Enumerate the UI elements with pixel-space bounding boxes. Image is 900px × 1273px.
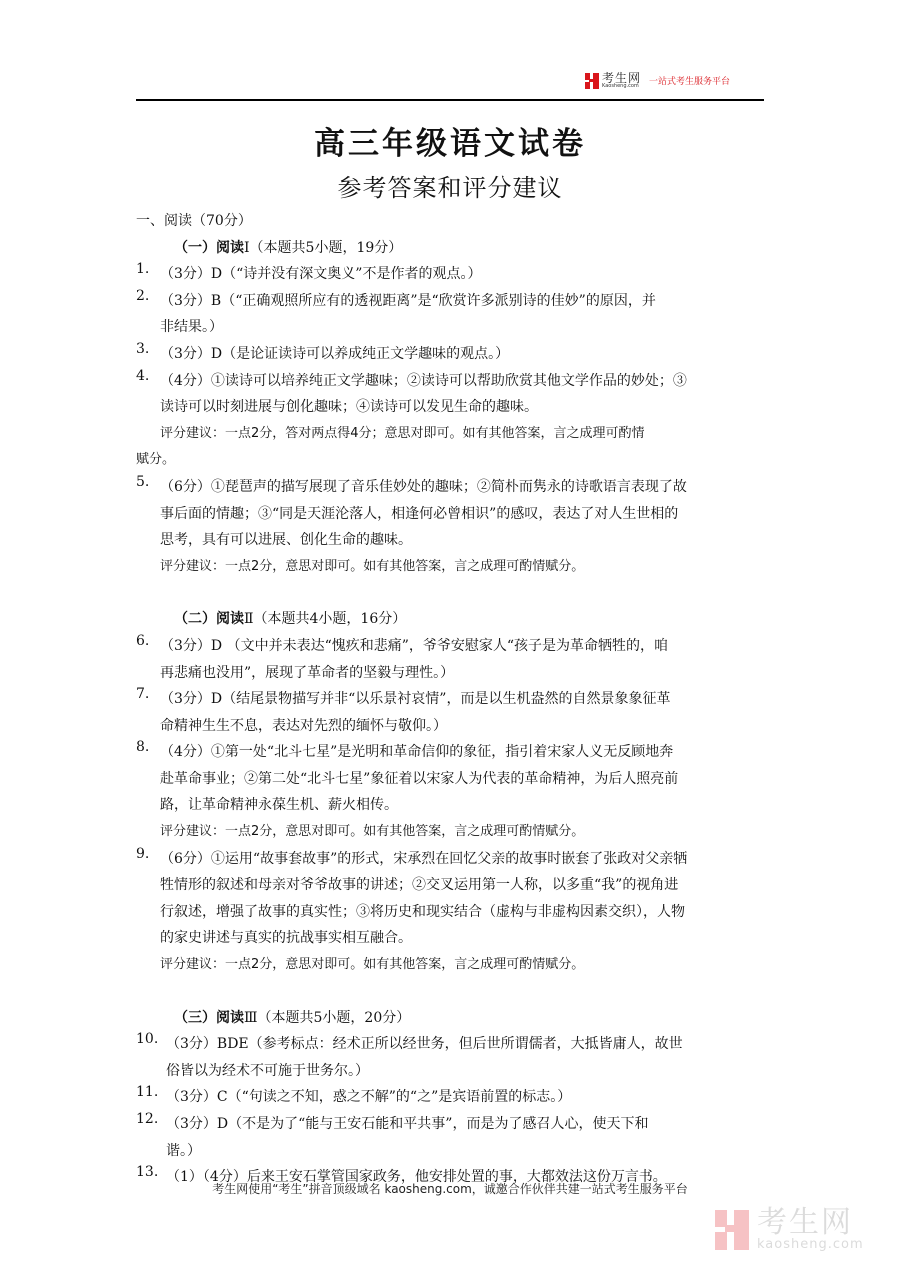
- answer-item: 2. （3分）B（“正确观照所应有的透视距离”是“欣赏许多派别诗的佳妙”的原因，…: [136, 288, 768, 341]
- grading-note: 评分建议：一点2分，答对两点得4分；意思对即可。如有其他答案，言之成理可酌情: [136, 421, 768, 448]
- answer-item: 7. （3分）D（结尾景物描写并非“以乐景衬哀情”，而是以生机盎然的自然景象象征…: [136, 686, 768, 739]
- part-heading-2: （二）阅读Ⅱ（本题共4小题，16分）: [136, 606, 768, 633]
- grading-note: 赋分。: [136, 447, 768, 474]
- section-heading: 一、阅读（70分）: [136, 208, 768, 235]
- watermark-logo: 考生网 kaosheng.com: [715, 1208, 864, 1251]
- kaosheng-logo-icon: [585, 73, 599, 89]
- answer-item: 4. （4分）①读诗可以培养纯正文学趣味；②读诗可以帮助欣赏其他文学作品的妙处；…: [136, 368, 768, 421]
- kaosheng-watermark-icon: [715, 1210, 749, 1250]
- answer-content: 一、阅读（70分） （一）阅读Ⅰ（本题共5小题，19分） 1. （3分）D（“诗…: [136, 208, 768, 1191]
- logo-slogan: 一站式考生服务平台: [649, 74, 730, 87]
- page-subtitle: 参考答案和评分建议: [0, 168, 900, 203]
- answer-item: 1. （3分）D（“诗并没有深文奥义”不是作者的观点。）: [136, 261, 768, 288]
- grading-note: 评分建议：一点2分，意思对即可。如有其他答案，言之成理可酌情赋分。: [136, 952, 768, 979]
- answer-item: 3. （3分）D（是论证读诗可以养成纯正文学趣味的观点。）: [136, 341, 768, 368]
- watermark-name: 考生网: [757, 1208, 864, 1238]
- grading-note: 评分建议：一点2分，意思对即可。如有其他答案，言之成理可酌情赋分。: [136, 554, 768, 581]
- page-title: 高三年级语文试卷: [0, 118, 900, 163]
- part-heading-3: （三）阅读Ⅲ（本题共5小题，20分）: [136, 1005, 768, 1032]
- answer-item: 8. （4分）①第一处“北斗七星”是光明和革命信仰的象征，指引着宋家人义无反顾地…: [136, 739, 768, 819]
- answer-item: 5. （6分）①琵琶声的描写展现了音乐佳妙处的趣味；②简朴而隽永的诗歌语言表现了…: [136, 474, 768, 554]
- header-logo: 考生网 Kaosheng.com 一站式考生服务平台: [585, 72, 730, 89]
- header-divider: [136, 99, 764, 101]
- answer-item: 6. （3分）D （文中并未表达“愧疚和悲痛”，爷爷安慰家人“孩子是为革命牺牲的…: [136, 633, 768, 686]
- answer-item: 11. （3分）C（“句读之不知，惑之不解”的“之”是宾语前置的标志。）: [136, 1084, 768, 1111]
- logo-domain: Kaosheng.com: [602, 84, 641, 89]
- watermark-domain: kaosheng.com: [757, 1238, 864, 1251]
- answer-item: 10. （3分）BDE（参考标点：经术正所以经世务，但后世所谓儒者，大抵皆庸人，…: [136, 1031, 768, 1084]
- part-heading-1: （一）阅读Ⅰ（本题共5小题，19分）: [136, 235, 768, 262]
- footer-text: 考生网使用“考生”拼音顶级域名 kaosheng.com，诚邀合作伙伴共建一站式…: [0, 1180, 900, 1197]
- answer-item: 9. （6分）①运用“故事套故事”的形式，宋承烈在回忆父亲的故事时嵌套了张政对父…: [136, 846, 768, 952]
- answer-item: 12. （3分）D（不是为了“能与王安石能和平共事”，而是为了感召人心，使天下和…: [136, 1111, 768, 1164]
- grading-note: 评分建议：一点2分，意思对即可。如有其他答案，言之成理可酌情赋分。: [136, 819, 768, 846]
